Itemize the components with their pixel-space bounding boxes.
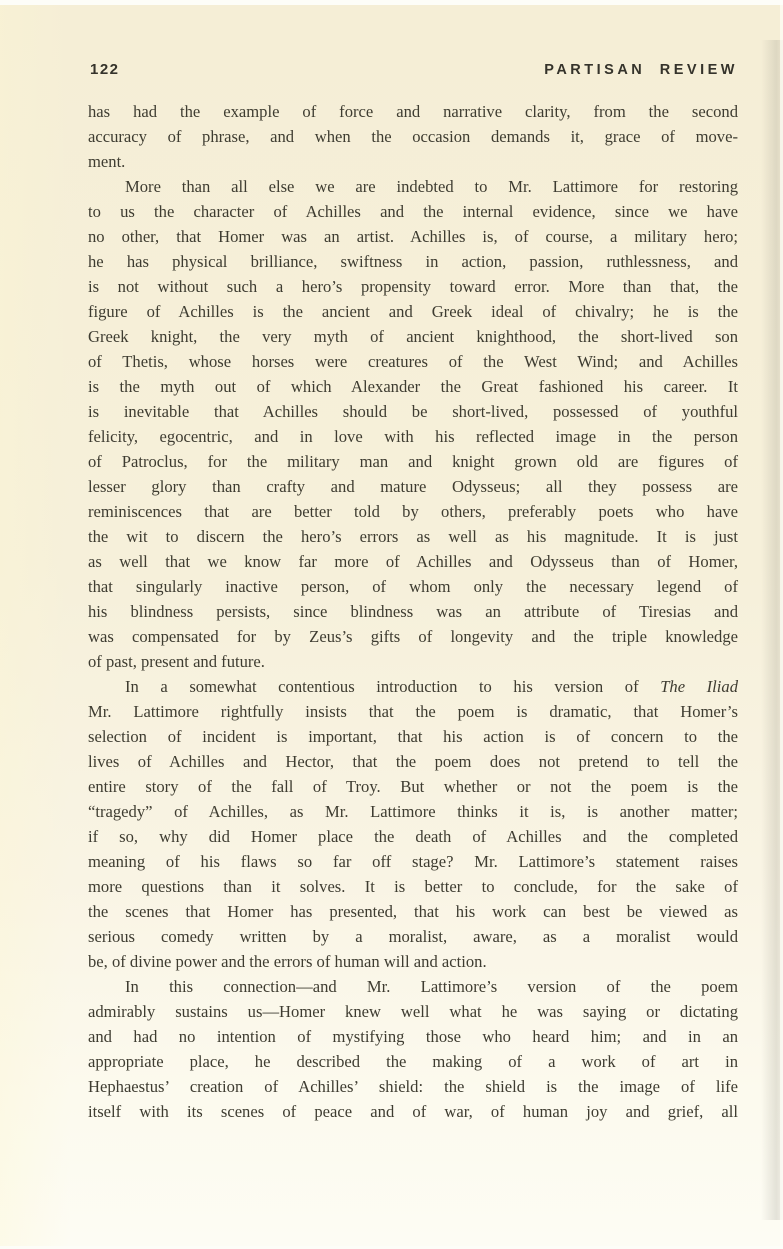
- text-line: selection of incident is important, that…: [88, 724, 738, 749]
- text-segment: selection of incident is important, that…: [88, 727, 738, 746]
- text-line: no other, that Homer was an artist. Achi…: [88, 224, 738, 249]
- text-segment: the scenes that Homer has presented, tha…: [88, 902, 738, 921]
- text-line: is inevitable that Achilles should be sh…: [88, 399, 738, 424]
- text-line: serious comedy written by a moralist, aw…: [88, 924, 738, 949]
- text-segment: he has physical brilliance, swiftness in…: [88, 252, 738, 271]
- text-segment: felicity, egocentric, and in love with h…: [88, 427, 738, 446]
- text-segment: of Thetis, whose horses were creatures o…: [88, 352, 738, 371]
- text-segment: Hephaestus’ creation of Achilles’ shield…: [88, 1077, 738, 1096]
- text-segment: as well that we know far more of Achille…: [88, 552, 738, 571]
- page-number: 122: [90, 61, 120, 78]
- text-segment: ment.: [88, 152, 125, 171]
- text-line: Mr. Lattimore rightfully insists that th…: [88, 699, 738, 724]
- text-line: to us the character of Achilles and the …: [88, 199, 738, 224]
- page-header: 122 PARTISAN REVIEW: [90, 61, 738, 78]
- text-line: ment.: [88, 149, 738, 174]
- text-segment: admirably sustains us—Homer knew well wh…: [88, 1002, 738, 1021]
- text-segment: accuracy of phrase, and when the occasio…: [88, 127, 738, 146]
- text-segment: of Patroclus, for the military man and k…: [88, 452, 738, 471]
- text-line: appropriate place, he described the maki…: [88, 1049, 738, 1074]
- text-line: if so, why did Homer place the death of …: [88, 824, 738, 849]
- text-segment: the wit to discern the hero’s errors as …: [88, 527, 738, 546]
- text-segment: is inevitable that Achilles should be sh…: [88, 402, 738, 421]
- text-segment: no other, that Homer was an artist. Achi…: [88, 227, 738, 246]
- page-text: has had the example of force and narrati…: [88, 99, 738, 1124]
- text-line: the scenes that Homer has presented, tha…: [88, 899, 738, 924]
- text-segment: appropriate place, he described the maki…: [88, 1052, 738, 1071]
- paragraph: In this connection—and Mr. Lattimore’s v…: [88, 974, 738, 1124]
- text-line: “tragedy” of Achilles, as Mr. Lattimore …: [88, 799, 738, 824]
- text-line: accuracy of phrase, and when the occasio…: [88, 124, 738, 149]
- text-line: Greek knight, the very myth of ancient k…: [88, 324, 738, 349]
- text-segment: is not without such a hero’s propensity …: [88, 277, 738, 296]
- text-segment: more questions than it solves. It is bet…: [88, 877, 738, 896]
- text-segment: his blindness persists, since blindness …: [88, 602, 738, 621]
- text-segment: itself with its scenes of peace and of w…: [88, 1102, 738, 1121]
- text-segment: entire story of the fall of Troy. But wh…: [88, 777, 738, 796]
- text-line: be, of divine power and the errors of hu…: [88, 949, 738, 974]
- text-segment: meaning of his flaws so far off stage? M…: [88, 852, 738, 871]
- text-segment: figure of Achilles is the ancient and Gr…: [88, 302, 738, 321]
- text-line: entire story of the fall of Troy. But wh…: [88, 774, 738, 799]
- text-segment: of past, present and future.: [88, 652, 265, 671]
- text-line: In a somewhat contentious introduction t…: [88, 674, 738, 699]
- text-line: meaning of his flaws so far off stage? M…: [88, 849, 738, 874]
- text-line: has had the example of force and narrati…: [88, 99, 738, 124]
- text-line: his blindness persists, since blindness …: [88, 599, 738, 624]
- text-segment: “tragedy” of Achilles, as Mr. Lattimore …: [88, 802, 738, 821]
- text-line: In this connection—and Mr. Lattimore’s v…: [88, 974, 738, 999]
- text-line: of past, present and future.: [88, 649, 738, 674]
- text-segment: to us the character of Achilles and the …: [88, 202, 738, 221]
- text-segment: lesser glory than crafty and mature Odys…: [88, 477, 738, 496]
- text-segment: In this connection—and Mr. Lattimore’s v…: [125, 977, 738, 996]
- paragraph: In a somewhat contentious introduction t…: [88, 674, 738, 974]
- text-segment: Mr. Lattimore rightfully insists that th…: [88, 702, 738, 721]
- scanned-page: 122 PARTISAN REVIEW has had the example …: [0, 0, 783, 1249]
- text-line: admirably sustains us—Homer knew well wh…: [88, 999, 738, 1024]
- text-segment: serious comedy written by a moralist, aw…: [88, 927, 738, 946]
- text-segment: lives of Achilles and Hector, that the p…: [88, 752, 738, 771]
- text-line: of Thetis, whose horses were creatures o…: [88, 349, 738, 374]
- book-title-italic: The Iliad: [660, 677, 738, 696]
- text-line: as well that we know far more of Achille…: [88, 549, 738, 574]
- text-segment: was compensated for by Zeus’s gifts of l…: [88, 627, 738, 646]
- text-line: is the myth out of which Alexander the G…: [88, 374, 738, 399]
- journal-title: PARTISAN REVIEW: [544, 62, 738, 78]
- paragraph: has had the example of force and narrati…: [88, 99, 738, 174]
- text-line: More than all else we are indebted to Mr…: [88, 174, 738, 199]
- text-line: lives of Achilles and Hector, that the p…: [88, 749, 738, 774]
- text-line: of Patroclus, for the military man and k…: [88, 449, 738, 474]
- text-line: Hephaestus’ creation of Achilles’ shield…: [88, 1074, 738, 1099]
- text-line: felicity, egocentric, and in love with h…: [88, 424, 738, 449]
- text-segment: if so, why did Homer place the death of …: [88, 827, 738, 846]
- text-line: and had no intention of mystifying those…: [88, 1024, 738, 1049]
- text-line: was compensated for by Zeus’s gifts of l…: [88, 624, 738, 649]
- text-line: lesser glory than crafty and mature Odys…: [88, 474, 738, 499]
- text-segment: In a somewhat contentious introduction t…: [125, 677, 660, 696]
- text-segment: has had the example of force and narrati…: [88, 102, 738, 121]
- text-line: figure of Achilles is the ancient and Gr…: [88, 299, 738, 324]
- text-line: more questions than it solves. It is bet…: [88, 874, 738, 899]
- paragraph: More than all else we are indebted to Mr…: [88, 174, 738, 674]
- text-line: is not without such a hero’s propensity …: [88, 274, 738, 299]
- text-line: he has physical brilliance, swiftness in…: [88, 249, 738, 274]
- text-line: that singularly inactive person, of whom…: [88, 574, 738, 599]
- text-line: reminiscences that are better told by ot…: [88, 499, 738, 524]
- text-segment: reminiscences that are better told by ot…: [88, 502, 738, 521]
- text-segment: Greek knight, the very myth of ancient k…: [88, 327, 738, 346]
- text-segment: More than all else we are indebted to Mr…: [125, 177, 738, 196]
- text-segment: is the myth out of which Alexander the G…: [88, 377, 738, 396]
- text-segment: that singularly inactive person, of whom…: [88, 577, 738, 596]
- text-segment: be, of divine power and the errors of hu…: [88, 952, 487, 971]
- text-line: the wit to discern the hero’s errors as …: [88, 524, 738, 549]
- text-line: itself with its scenes of peace and of w…: [88, 1099, 738, 1124]
- text-segment: and had no intention of mystifying those…: [88, 1027, 738, 1046]
